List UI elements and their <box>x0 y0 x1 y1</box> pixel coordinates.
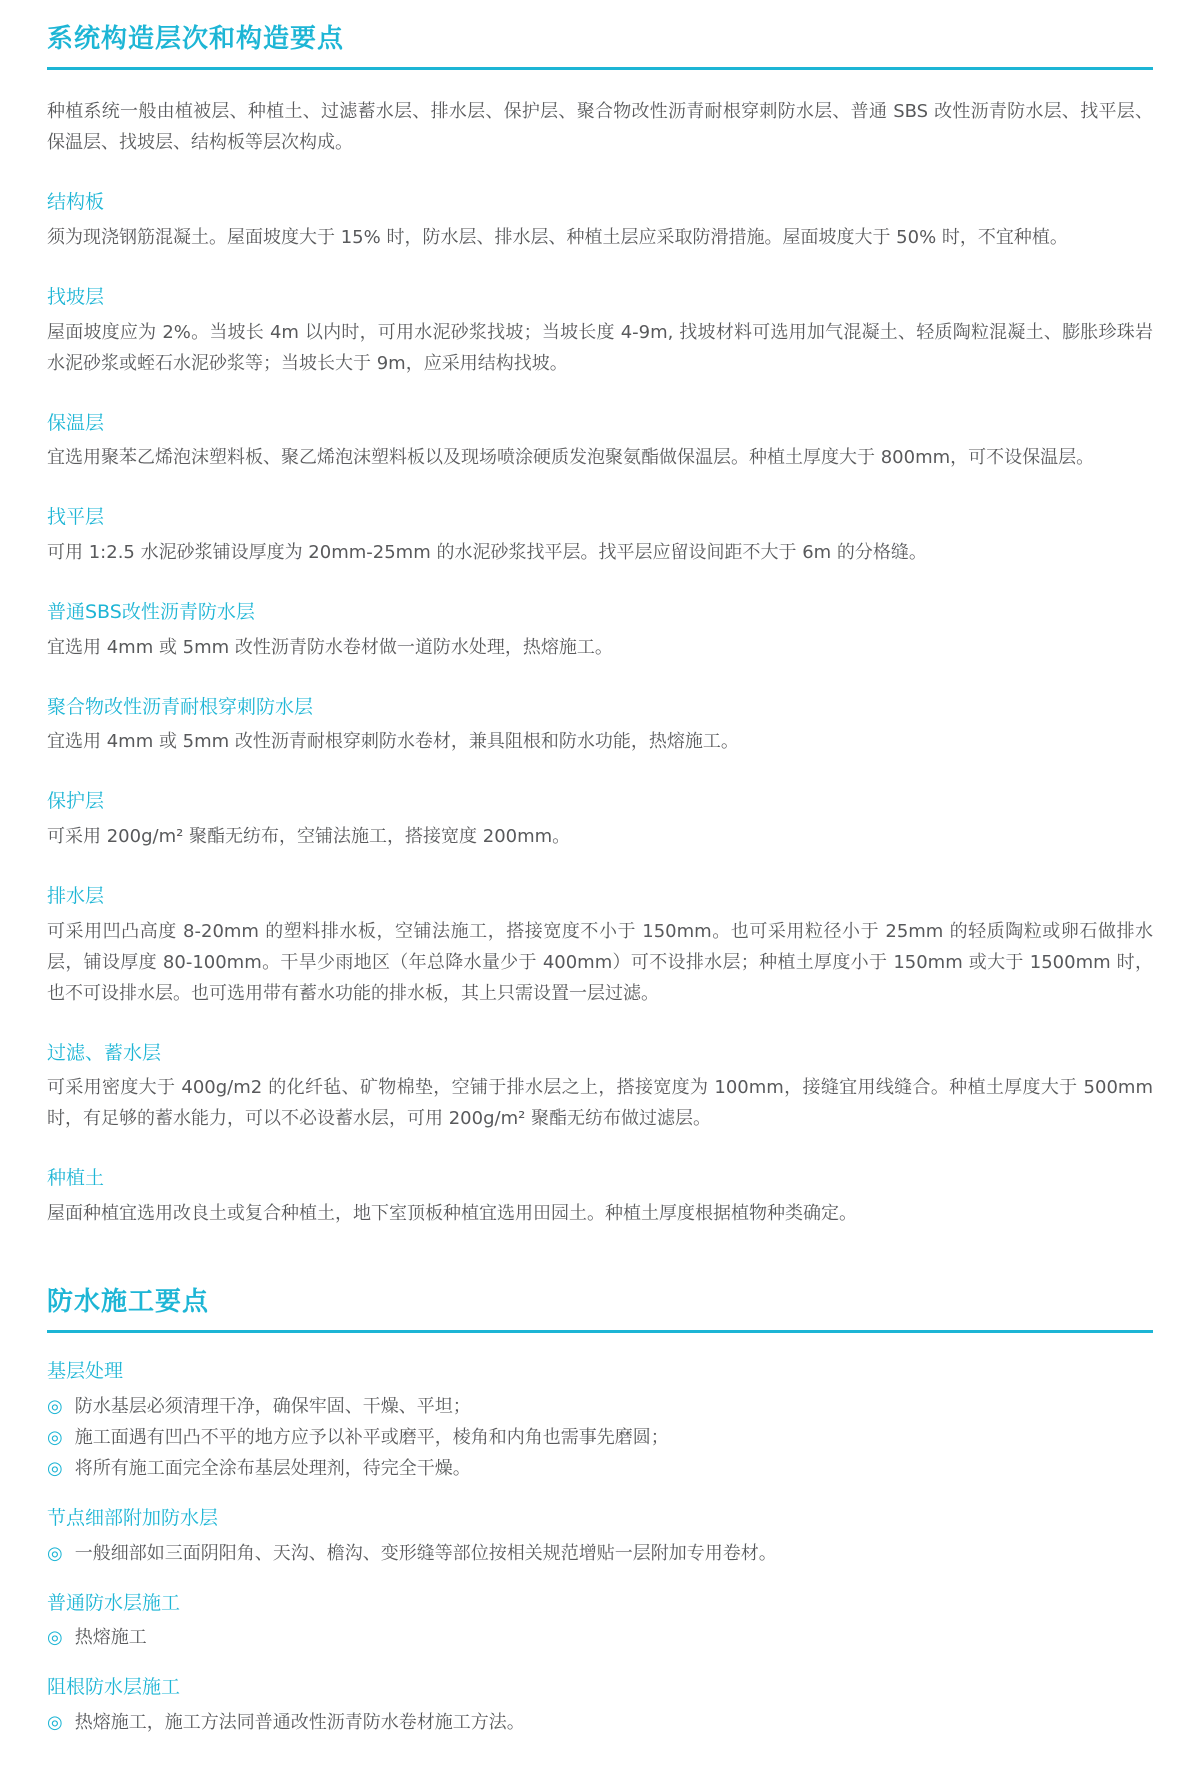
subsection-filter-storage-layer: 过滤、蓄水层 可采用密度大于 400g/m2 的化纤毡、矿物棉垫，空铺于排水层之… <box>47 1041 1153 1135</box>
bullet-text: 热熔施工，施工方法同普通改性沥青防水卷材施工方法。 <box>75 1707 525 1738</box>
double-circle-bullet-icon: ◎ <box>47 1707 63 1738</box>
bullet-list: ◎ 防水基层必须清理干净，确保牢固、干燥、平坦； ◎ 施工面遇有凹凸不平的地方应… <box>47 1391 1153 1484</box>
bullet-item: ◎ 一般细部如三面阴阳角、天沟、檐沟、变形缝等部位按相关规范增贴一层附加专用卷材… <box>47 1538 1153 1569</box>
title-underline <box>47 67 1153 70</box>
subsection-heading: 节点细部附加防水层 <box>47 1506 1153 1531</box>
subsection-body: 屋面坡度应为 2%。当坡长 4m 以内时，可用水泥砂浆找坡；当坡长度 4-9m,… <box>47 317 1153 379</box>
subsection-slope-layer: 找坡层 屋面坡度应为 2%。当坡长 4m 以内时，可用水泥砂浆找坡；当坡长度 4… <box>47 285 1153 379</box>
subsection-heading: 结构板 <box>47 190 1153 215</box>
bullet-item: ◎ 热熔施工 <box>47 1622 1153 1653</box>
subsection-root-resistant-construction: 阻根防水层施工 ◎ 热熔施工，施工方法同普通改性沥青防水卷材施工方法。 <box>47 1675 1153 1738</box>
subsection-base-treatment: 基层处理 ◎ 防水基层必须清理干净，确保牢固、干燥、平坦； ◎ 施工面遇有凹凸不… <box>47 1359 1153 1484</box>
subsection-body: 可采用凹凸高度 8-20mm 的塑料排水板，空铺法施工，搭接宽度不小于 150m… <box>47 916 1153 1009</box>
subsection-heading: 基层处理 <box>47 1359 1153 1384</box>
bullet-text: 将所有施工面完全涂布基层处理剂，待完全干燥。 <box>75 1453 471 1484</box>
subsection-structural-slab: 结构板 须为现浇钢筋混凝土。屋面坡度大于 15% 时，防水层、排水层、种植土层应… <box>47 190 1153 253</box>
subsection-body: 可采用密度大于 400g/m2 的化纤毡、矿物棉垫，空铺于排水层之上，搭接宽度为… <box>47 1072 1153 1134</box>
intro-paragraph: 种植系统一般由植被层、种植土、过滤蓄水层、排水层、保护层、聚合物改性沥青耐根穿刺… <box>47 96 1153 158</box>
bullet-item: ◎ 施工面遇有凹凸不平的地方应予以补平或磨平，棱角和内角也需事先磨圆； <box>47 1422 1153 1453</box>
subsection-body: 宜选用聚苯乙烯泡沫塑料板、聚乙烯泡沫塑料板以及现场喷涂硬质发泡聚氨酯做保温层。种… <box>47 442 1153 473</box>
subsection-planting-soil: 种植土 屋面种植宜选用改良土或复合种植土，地下室顶板种植宜选用田园土。种植土厚度… <box>47 1166 1153 1229</box>
subsection-body: 可采用 200g/m² 聚酯无纺布，空铺法施工，搭接宽度 200mm。 <box>47 821 1153 852</box>
subsection-heading: 找坡层 <box>47 285 1153 310</box>
bullet-text: 热熔施工 <box>75 1622 147 1653</box>
bullet-item: ◎ 将所有施工面完全涂布基层处理剂，待完全干燥。 <box>47 1453 1153 1484</box>
section-title-construction-layers: 系统构造层次和构造要点 <box>47 24 1153 55</box>
bullet-text: 防水基层必须清理干净，确保牢固、干燥、平坦； <box>75 1391 471 1422</box>
subsection-detail-additional-waterproof: 节点细部附加防水层 ◎ 一般细部如三面阴阳角、天沟、檐沟、变形缝等部位按相关规范… <box>47 1506 1153 1569</box>
double-circle-bullet-icon: ◎ <box>47 1622 63 1653</box>
subsection-sbs-waterproof-layer: 普通SBS改性沥青防水层 宜选用 4mm 或 5mm 改性沥青防水卷材做一道防水… <box>47 600 1153 663</box>
double-circle-bullet-icon: ◎ <box>47 1422 63 1453</box>
bullet-item: ◎ 防水基层必须清理干净，确保牢固、干燥、平坦； <box>47 1391 1153 1422</box>
subsection-body: 宜选用 4mm 或 5mm 改性沥青防水卷材做一道防水处理，热熔施工。 <box>47 632 1153 663</box>
subsection-protection-layer: 保护层 可采用 200g/m² 聚酯无纺布，空铺法施工，搭接宽度 200mm。 <box>47 789 1153 852</box>
subsection-heading: 保温层 <box>47 411 1153 436</box>
bullet-text: 施工面遇有凹凸不平的地方应予以补平或磨平，棱角和内角也需事先磨圆； <box>75 1422 669 1453</box>
subsection-body: 可用 1:2.5 水泥砂浆铺设厚度为 20mm-25mm 的水泥砂浆找平层。找平… <box>47 537 1153 568</box>
subsection-heading: 过滤、蓄水层 <box>47 1041 1153 1066</box>
subsection-drainage-layer: 排水层 可采用凹凸高度 8-20mm 的塑料排水板，空铺法施工，搭接宽度不小于 … <box>47 884 1153 1009</box>
subsection-body: 屋面种植宜选用改良土或复合种植土，地下室顶板种植宜选用田园土。种植土厚度根据植物… <box>47 1198 1153 1229</box>
double-circle-bullet-icon: ◎ <box>47 1453 63 1484</box>
bullet-text: 一般细部如三面阴阳角、天沟、檐沟、变形缝等部位按相关规范增贴一层附加专用卷材。 <box>75 1538 777 1569</box>
subsection-heading: 种植土 <box>47 1166 1153 1191</box>
bullet-list: ◎ 热熔施工 <box>47 1622 1153 1653</box>
subsection-heading: 排水层 <box>47 884 1153 909</box>
double-circle-bullet-icon: ◎ <box>47 1538 63 1569</box>
subsection-polymer-root-resistant-layer: 聚合物改性沥青耐根穿刺防水层 宜选用 4mm 或 5mm 改性沥青耐根穿刺防水卷… <box>47 695 1153 758</box>
subsection-heading: 保护层 <box>47 789 1153 814</box>
subsection-heading: 聚合物改性沥青耐根穿刺防水层 <box>47 695 1153 720</box>
subsection-body: 宜选用 4mm 或 5mm 改性沥青耐根穿刺防水卷材，兼具阻根和防水功能，热熔施… <box>47 726 1153 757</box>
subsection-heading: 普通防水层施工 <box>47 1591 1153 1616</box>
subsection-ordinary-waterproof-construction: 普通防水层施工 ◎ 热熔施工 <box>47 1591 1153 1654</box>
document-page: 系统构造层次和构造要点 种植系统一般由植被层、种植土、过滤蓄水层、排水层、保护层… <box>0 0 1200 1766</box>
title-underline <box>47 1330 1153 1333</box>
bullet-list: ◎ 热熔施工，施工方法同普通改性沥青防水卷材施工方法。 <box>47 1707 1153 1738</box>
subsection-heading: 找平层 <box>47 505 1153 530</box>
subsection-heading: 阻根防水层施工 <box>47 1675 1153 1700</box>
section-title-waterproof-construction: 防水施工要点 <box>47 1287 1153 1318</box>
double-circle-bullet-icon: ◎ <box>47 1391 63 1422</box>
subsection-heading: 普通SBS改性沥青防水层 <box>47 600 1153 625</box>
subsection-insulation-layer: 保温层 宜选用聚苯乙烯泡沫塑料板、聚乙烯泡沫塑料板以及现场喷涂硬质发泡聚氨酯做保… <box>47 411 1153 474</box>
subsection-body: 须为现浇钢筋混凝土。屋面坡度大于 15% 时，防水层、排水层、种植土层应采取防滑… <box>47 222 1153 253</box>
bullet-list: ◎ 一般细部如三面阴阳角、天沟、檐沟、变形缝等部位按相关规范增贴一层附加专用卷材… <box>47 1538 1153 1569</box>
subsection-leveling-layer: 找平层 可用 1:2.5 水泥砂浆铺设厚度为 20mm-25mm 的水泥砂浆找平… <box>47 505 1153 568</box>
bullet-item: ◎ 热熔施工，施工方法同普通改性沥青防水卷材施工方法。 <box>47 1707 1153 1738</box>
